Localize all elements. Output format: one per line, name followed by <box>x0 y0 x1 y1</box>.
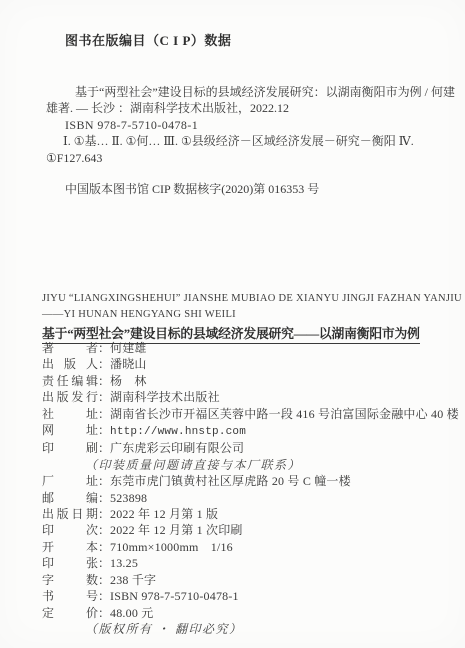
colophon-row-editor: 责任编辑：杨 林 <box>42 373 457 389</box>
colophon-row-publishing-house: 出版发行：湖南科学技术出版社 <box>42 389 457 405</box>
row-value: 238 千字 <box>110 573 156 587</box>
row-label: 印刷 <box>42 440 98 456</box>
row-value: 523898 <box>110 491 147 505</box>
cip-isbn: ISBN 978-7-5710-0478-1 <box>65 117 451 134</box>
cip-entry: 基于“两型社会”建设目标的县域经济发展研究：以湖南衡阳市为例 / 何建 雄著. … <box>46 84 451 167</box>
colophon-row-printer: 印刷：广东虎彩云印刷有限公司 <box>42 440 457 456</box>
row-colon: ： <box>98 473 110 489</box>
row-label: 开本 <box>42 539 98 555</box>
cip-heading: 图书在版编目（C I P）数据 <box>65 33 451 50</box>
colophon-row-word-count: 字数：238 千字 <box>42 572 457 588</box>
row-label: 出版发行 <box>42 389 98 405</box>
colophon-row-author: 著者：何建雄 <box>42 340 457 356</box>
colophon-row-book-number: 书号：ISBN 978-7-5710-0478-1 <box>42 588 457 604</box>
colophon-row-price: 定价：48.00 元 <box>42 605 457 621</box>
row-value: ISBN 978-7-5710-0478-1 <box>110 589 239 603</box>
colophon-row-format: 开本：710mm×1000mm 1/16 <box>42 539 457 555</box>
colophon-copyright-notice: （版权所有 ・ 翻印必究） <box>42 621 457 637</box>
row-label: 印次 <box>42 522 98 538</box>
row-value: 何建雄 <box>110 341 147 355</box>
row-colon: ： <box>98 356 110 372</box>
book-copyright-page: 图书在版编目（C I P）数据 基于“两型社会”建设目标的县域经济发展研究：以湖… <box>0 0 465 648</box>
note-text: （印装质量问题请直接与本厂联系） <box>85 458 301 472</box>
row-value: 710mm×1000mm 1/16 <box>110 540 233 554</box>
row-value: 48.00 元 <box>110 606 153 620</box>
colophon-row-factory-address: 厂址：东莞市虎门镇黄村社区厚虎路 20 号 C 幢一楼 <box>42 473 457 489</box>
row-colon: ： <box>98 572 110 588</box>
row-label: 印张 <box>42 555 98 571</box>
row-label: 著者 <box>42 340 98 356</box>
website-url: http://www.hnstp.com <box>110 426 246 438</box>
row-label: 责任编辑 <box>42 373 98 389</box>
row-colon: ： <box>98 588 110 604</box>
note-text: （版权所有 ・ 翻印必究） <box>85 622 243 636</box>
row-colon: ： <box>98 506 110 522</box>
row-value: 13.25 <box>110 556 138 570</box>
cip-entry-line2: 雄著. — 长沙 ：湖南科学技术出版社，2022.12 <box>46 100 451 117</box>
row-value: 潘晓山 <box>110 357 147 371</box>
colophon-row-address: 社址：湖南省长沙市开福区芙蓉中路一段 416 号泊富国际金融中心 40 楼 <box>42 406 457 422</box>
row-label: 网址 <box>42 422 98 438</box>
row-colon: ： <box>98 555 110 571</box>
colophon-row-publication-date: 出版日期：2022 年 12 月第 1 版 <box>42 506 457 522</box>
row-value: 东莞市虎门镇黄村社区厚虎路 20 号 C 幢一楼 <box>110 474 351 488</box>
row-value: 湖南科学技术出版社 <box>110 390 220 404</box>
row-colon: ： <box>98 406 110 422</box>
pinyin-title-line1: JIYU “LIANGXINGSHEHUI” JIANSHE MUBIAO DE… <box>42 291 451 307</box>
cip-record-number: 中国版本图书馆 CIP 数据核字(2020)第 016353 号 <box>65 181 451 198</box>
row-colon: ： <box>98 605 110 621</box>
row-colon: ： <box>98 539 110 555</box>
row-value: 广东虎彩云印刷有限公司 <box>110 441 244 455</box>
row-label: 出版日期 <box>42 506 98 522</box>
colophon-row-publisher-person: 出版人：潘晓山 <box>42 356 457 372</box>
row-label: 社址 <box>42 406 98 422</box>
title-block: JIYU “LIANGXINGSHEHUI” JIANSHE MUBIAO DE… <box>42 291 451 344</box>
row-label: 定价 <box>42 605 98 621</box>
row-label: 书号 <box>42 588 98 604</box>
row-colon: ： <box>98 522 110 538</box>
row-colon: ： <box>98 340 110 356</box>
cip-section: 图书在版编目（C I P）数据 基于“两型社会”建设目标的县域经济发展研究：以湖… <box>46 33 451 198</box>
row-colon: ： <box>98 373 110 389</box>
colophon: 著者：何建雄 出版人：潘晓山 责任编辑：杨 林 出版发行：湖南科学技术出版社 社… <box>42 340 457 637</box>
cip-classification-line2: ①F127.643 <box>46 150 451 167</box>
row-value: 杨 林 <box>110 374 147 388</box>
row-label: 厂址 <box>42 473 98 489</box>
row-value: 湖南省长沙市开福区芙蓉中路一段 416 号泊富国际金融中心 40 楼 <box>110 407 459 421</box>
row-label: 邮编 <box>42 490 98 506</box>
colophon-row-print-run: 印次：2022 年 12 月第 1 次印刷 <box>42 522 457 538</box>
row-colon: ： <box>98 389 110 405</box>
colophon-row-postcode: 邮编：523898 <box>42 490 457 506</box>
pinyin-title-line2: ——YI HUNAN HENGYANG SHI WEILI <box>42 307 451 323</box>
cip-classification-line1: Ⅰ. ①基… Ⅱ. ①何… Ⅲ. ①县级经济－区域经济发展－研究－衡阳 Ⅳ. <box>63 133 451 150</box>
colophon-print-quality-note: （印装质量问题请直接与本厂联系） <box>42 457 457 473</box>
row-value: 2022 年 12 月第 1 版 <box>110 507 218 521</box>
row-colon: ： <box>98 490 110 506</box>
cip-entry-line1: 基于“两型社会”建设目标的县域经济发展研究：以湖南衡阳市为例 / 何建 <box>46 84 451 101</box>
row-label: 字数 <box>42 572 98 588</box>
colophon-row-website: 网址：http://www.hnstp.com <box>42 422 457 440</box>
row-colon: ： <box>98 440 110 456</box>
row-value: 2022 年 12 月第 1 次印刷 <box>110 523 243 537</box>
row-colon: ： <box>98 422 110 438</box>
colophon-row-printed-sheets: 印张：13.25 <box>42 555 457 571</box>
row-label: 出版人 <box>42 356 98 372</box>
